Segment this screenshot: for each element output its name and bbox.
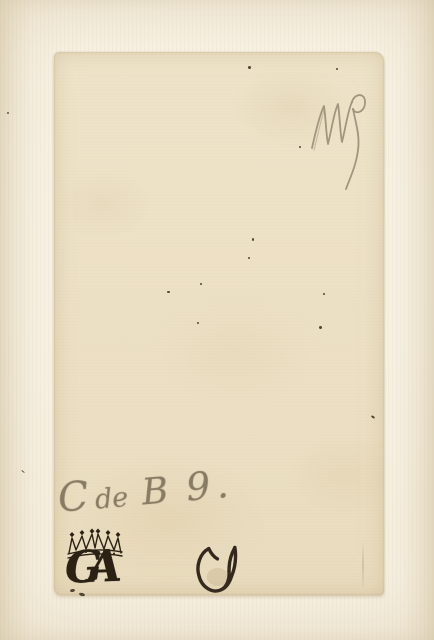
monogram-letters: GA: [64, 543, 107, 592]
collector-stamp-crowned-monogram: GA: [60, 528, 132, 604]
pencil-paraph: [308, 92, 372, 192]
collector-stamp-m: [193, 540, 247, 602]
inscription-c-de-b: C de B 9.: [56, 461, 236, 522]
inscription-part: C: [56, 473, 91, 521]
drawing-sheet-verso: C de B 9.: [54, 52, 384, 595]
paper-crease: [362, 539, 364, 591]
inscription-part: de: [94, 482, 130, 516]
inscription-part: 9.: [184, 462, 236, 510]
inscription-part: B: [140, 470, 170, 513]
photograph: C de B 9.: [0, 0, 434, 640]
